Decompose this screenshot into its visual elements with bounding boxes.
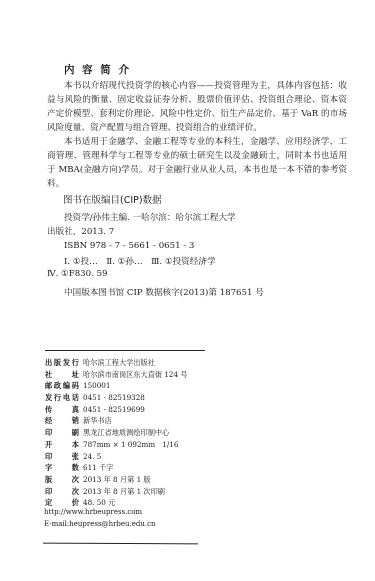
cip-classification: Ⅰ. ①投… Ⅱ. ①孙… Ⅲ. ①投资经济学 Ⅳ. ①F830. 59 xyxy=(47,256,216,280)
cip-data-number: 中国版本图书馆 CIP 数据核字(2013)第 187651 号 xyxy=(64,286,264,298)
imprint-label: 印刷 xyxy=(45,427,79,439)
imprint-label: 印次 xyxy=(45,486,79,498)
imprint-value: 150001 xyxy=(79,380,110,392)
summary-paragraph-1: 本书以介绍现代投资学的核心内容——投资管理为主，具体内容包括：收益与风险的衡量、… xyxy=(47,79,347,135)
imprint-label: 邮政编码 xyxy=(45,380,79,392)
imprint-label: 发行电话 xyxy=(45,392,79,404)
imprint-value: 黑龙江省地质测绘印制中心 xyxy=(79,427,169,439)
imprint-label: 出版发行 xyxy=(45,357,79,369)
imprint-value: 2013 年 8 月第 1 次印刷 xyxy=(79,486,165,498)
cip-record: 投资学/孙伟主编. 一哈尔滨：哈尔滨工程大学 出版社，2013. 7 ISBN … xyxy=(47,211,247,253)
cip-class-line-1: Ⅰ. ①投… Ⅱ. ①孙… Ⅲ. ①投资经济学 xyxy=(47,256,216,268)
imprint-value: 787mm × 1 092mm 1/16 xyxy=(79,439,178,451)
imprint-row-fax: 传真 0451 - 82519699 xyxy=(45,404,188,416)
cip-class-line-2: Ⅳ. ①F830. 59 xyxy=(47,268,216,280)
imprint-label: 经销 xyxy=(45,415,79,427)
imprint-row-distributor: 经销 新华书店 xyxy=(45,415,188,427)
imprint-row-word-count: 字数 611 千字 xyxy=(45,462,188,474)
cip-isbn: ISBN 978 - 7 - 5661 - 0651 - 3 xyxy=(47,239,247,253)
imprint-value: 611 千字 xyxy=(79,462,113,474)
imprint-row-format: 开本 787mm × 1 092mm 1/16 xyxy=(45,439,188,451)
publisher-email: E-mail:heupress@hrbeu.edu.cn xyxy=(44,519,156,531)
imprint-label: 印张 xyxy=(45,451,79,463)
imprint-row-sheets: 印张 24. 5 xyxy=(45,451,188,463)
imprint-row-postcode: 邮政编码 150001 xyxy=(45,380,188,392)
top-divider xyxy=(45,350,205,351)
publisher-contacts: http://www.hrbeupress.com E-mail:heupres… xyxy=(44,507,156,530)
cip-record-line-1: 投资学/孙伟主编. 一哈尔滨：哈尔滨工程大学 xyxy=(47,211,247,225)
imprint-label: 字数 xyxy=(45,462,79,474)
imprint-value: 哈尔滨市南岗区东大直街 124 号 xyxy=(79,369,188,381)
summary-heading: 内 容 简 介 xyxy=(64,62,131,77)
summary-paragraph-2: 本书适用于金融学、金融工程等专业的本科生，金融学、应用经济学、工商管理、管理科学… xyxy=(47,135,347,191)
imprint-value: 哈尔滨工程大学出版社 xyxy=(79,357,155,369)
imprint-value: 2013 年 8 月第 1 版 xyxy=(79,474,151,486)
imprint-label: 开本 xyxy=(45,439,79,451)
imprint-table: 出版发行 哈尔滨工程大学出版社 社址 哈尔滨市南岗区东大直街 124 号 邮政编… xyxy=(45,357,188,509)
imprint-row-printer: 印刷 黑龙江省地质测绘印制中心 xyxy=(45,427,188,439)
cip-title: 图书在版编目(CIP)数据 xyxy=(63,192,162,206)
imprint-value: 24. 5 xyxy=(79,451,101,463)
imprint-value: 0451 - 82519699 xyxy=(79,404,145,416)
imprint-value: 新华书店 xyxy=(79,415,112,427)
imprint-value: 0451 - 82519328 xyxy=(79,392,145,404)
publisher-website: http://www.hrbeupress.com xyxy=(44,507,156,519)
imprint-label: 版次 xyxy=(45,474,79,486)
cip-record-line-2: 出版社，2013. 7 xyxy=(47,225,247,239)
imprint-row-edition: 版次 2013 年 8 月第 1 版 xyxy=(45,474,188,486)
imprint-row-publisher: 出版发行 哈尔滨工程大学出版社 xyxy=(45,357,188,369)
imprint-label: 传真 xyxy=(45,404,79,416)
imprint-row-address: 社址 哈尔滨市南岗区东大直街 124 号 xyxy=(45,369,188,381)
imprint-row-phone: 发行电话 0451 - 82519328 xyxy=(45,392,188,404)
imprint-label: 社址 xyxy=(45,369,79,381)
bottom-divider xyxy=(43,543,198,545)
imprint-row-printing: 印次 2013 年 8 月第 1 次印刷 xyxy=(45,486,188,498)
